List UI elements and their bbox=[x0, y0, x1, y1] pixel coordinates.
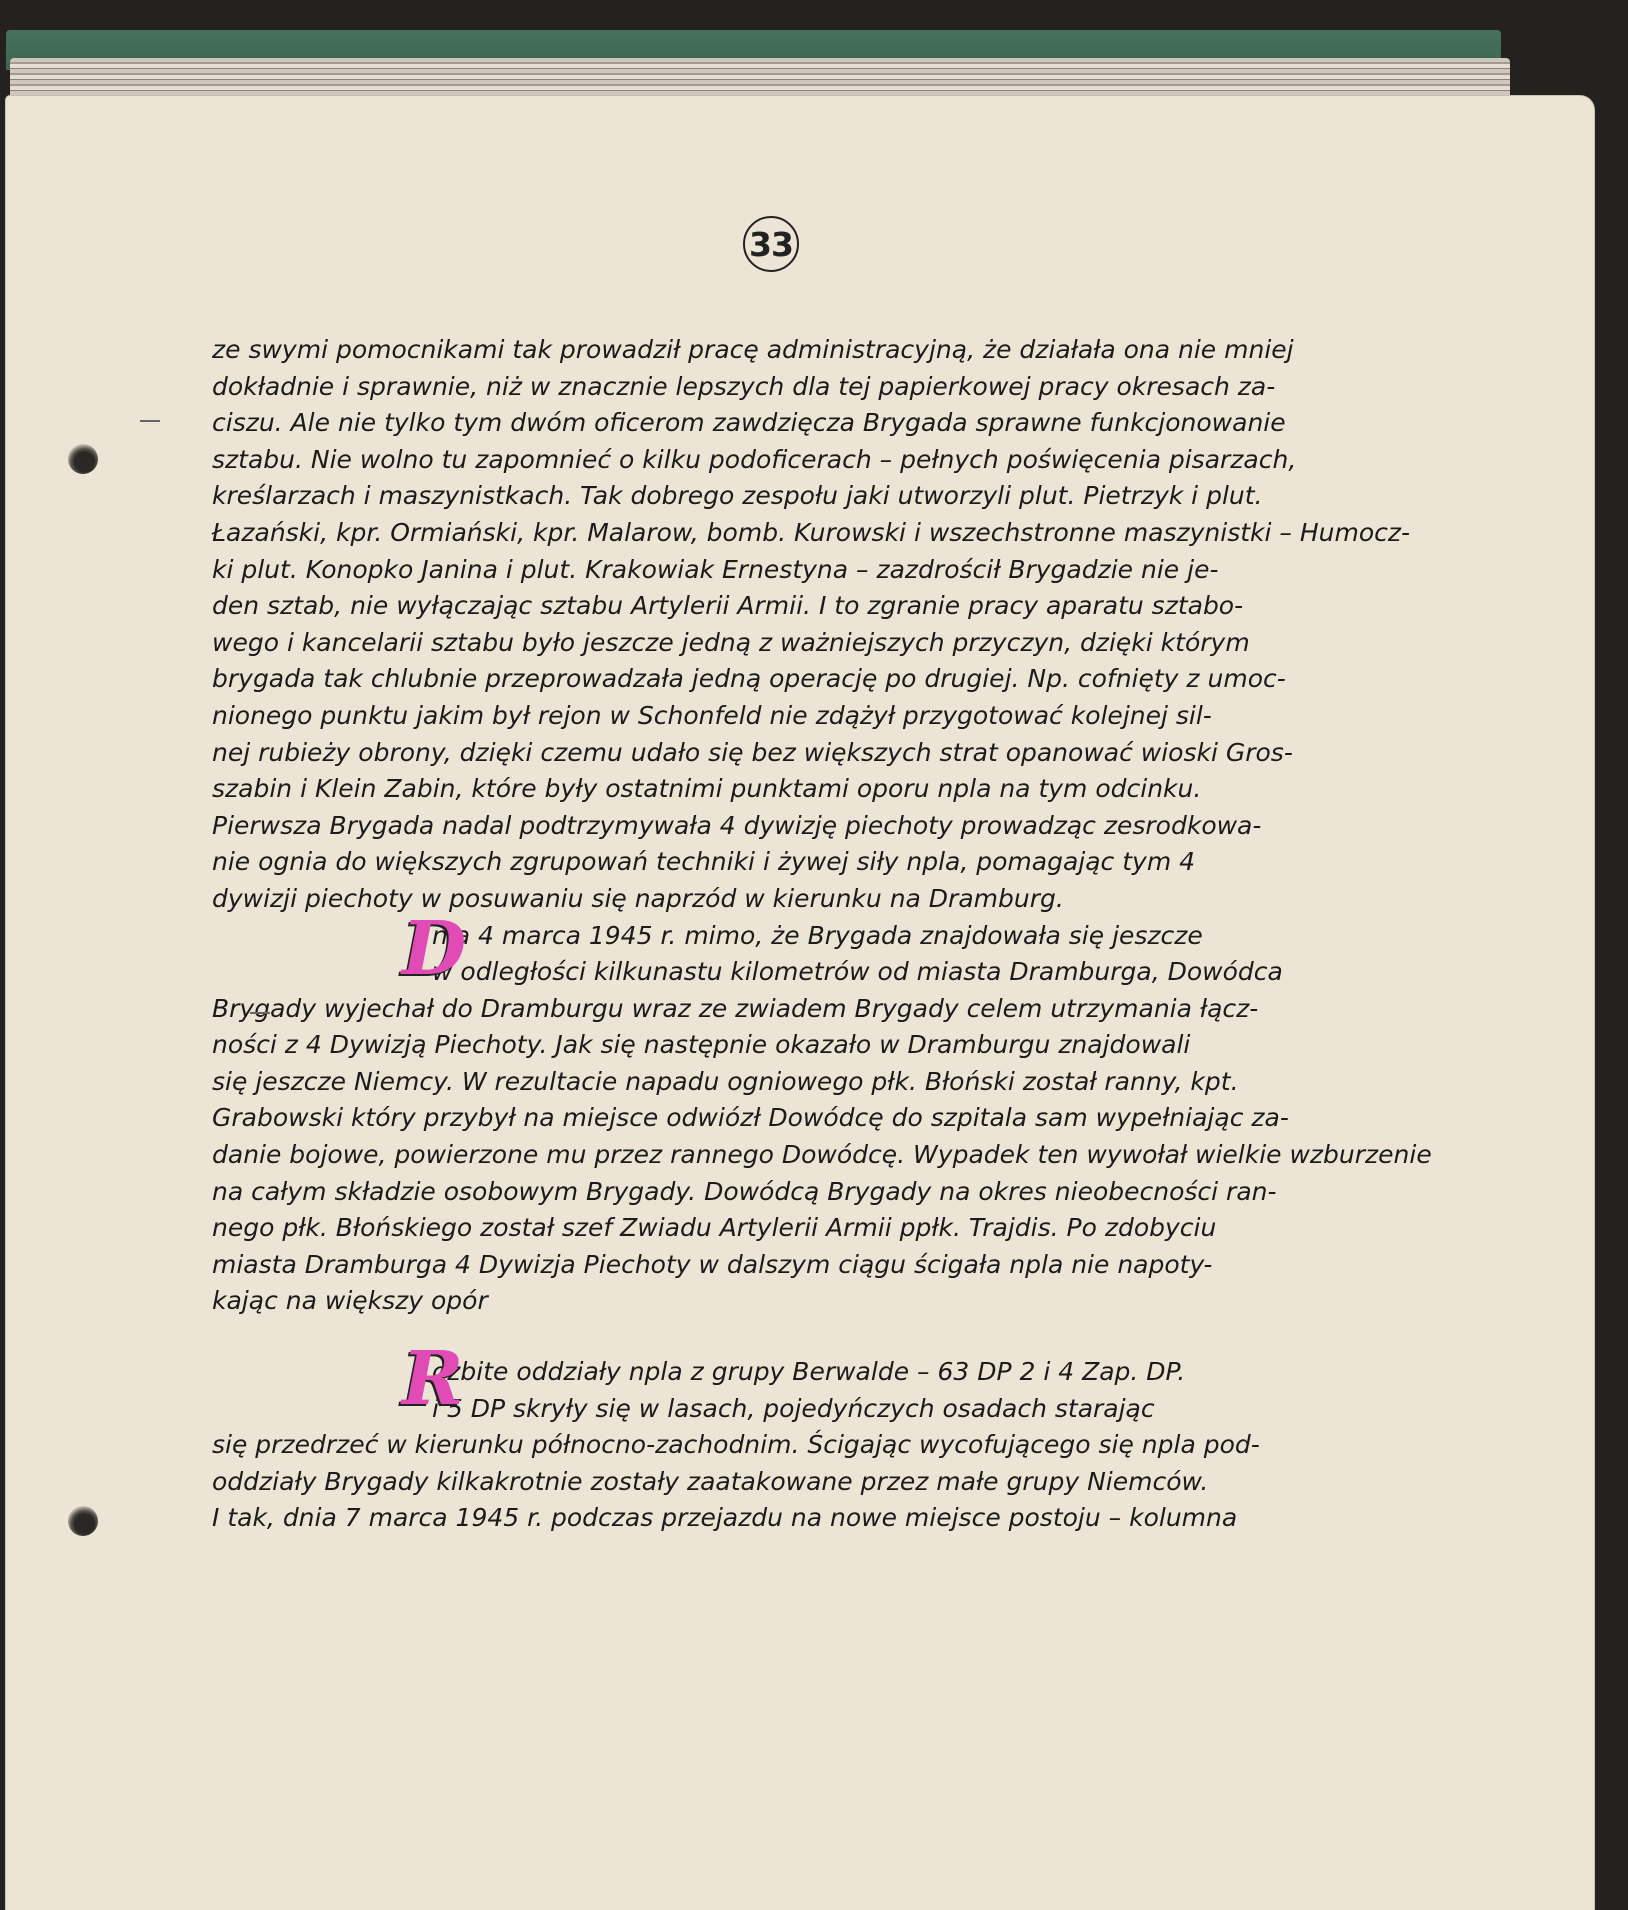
text-line: danie bojowe, powierzone mu przez ranneg… bbox=[212, 1137, 1427, 1174]
punch-hole-icon bbox=[68, 444, 98, 474]
paragraph-gap bbox=[212, 1320, 1427, 1354]
text-line: sztabu. Nie wolno tu zapomnieć o kilku p… bbox=[212, 442, 1427, 479]
text-line: i 5 DP skryły się w lasach, pojedyńczych… bbox=[212, 1391, 1427, 1428]
paragraph-2: D nia 4 marca 1945 r. mimo, że Brygada z… bbox=[212, 918, 1427, 1321]
text-line: nego płk. Błońskiego został szef Zwiadu … bbox=[212, 1210, 1427, 1247]
text-line: Pierwsza Brygada nadal podtrzymywała 4 d… bbox=[212, 808, 1427, 845]
text-line: nionego punktu jakim był rejon w Schonfe… bbox=[212, 698, 1427, 735]
text-line: wego i kancelarii sztabu było jeszcze je… bbox=[212, 625, 1427, 662]
text-line: kreślarzach i maszynistkach. Tak dobrego… bbox=[212, 478, 1427, 515]
text-line: Brygady wyjechał do Dramburgu wraz ze zw… bbox=[212, 991, 1427, 1028]
text-line: Grabowski który przybył na miejsce odwió… bbox=[212, 1100, 1427, 1137]
text-line: brygada tak chlubnie przeprowadzała jedn… bbox=[212, 661, 1427, 698]
text-line: kając na większy opór bbox=[212, 1283, 1427, 1320]
punch-hole-icon bbox=[68, 1506, 98, 1536]
text-line: nej rubieży obrony, dzięki czemu udało s… bbox=[212, 735, 1427, 772]
text-line: Łazański, kpr. Ormiański, kpr. Malarow, … bbox=[212, 515, 1427, 552]
text-line: się przedrzeć w kierunku północno-zachod… bbox=[212, 1427, 1427, 1464]
text-line: szabin i Klein Zabin, które były ostatni… bbox=[212, 771, 1427, 808]
text-line: się jeszcze Niemcy. W rezultacie napadu … bbox=[212, 1064, 1427, 1101]
text-line: ze swymi pomocnikami tak prowadził pracę… bbox=[212, 332, 1427, 369]
text-line: I tak, dnia 7 marca 1945 r. podczas prze… bbox=[212, 1500, 1427, 1537]
page-number: 33 bbox=[743, 216, 799, 272]
handwritten-text: ze swymi pomocnikami tak prowadził pracę… bbox=[212, 332, 1427, 1537]
text-line: dywizji piechoty w posuwaniu się naprzód… bbox=[212, 881, 1427, 918]
margin-mark bbox=[250, 1012, 270, 1014]
text-line: ozbite oddziały npla z grupy Berwalde – … bbox=[212, 1354, 1427, 1391]
text-line: nie ognia do większych zgrupowań technik… bbox=[212, 844, 1427, 881]
text-line: ciszu. Ale nie tylko tym dwóm oficerom z… bbox=[212, 405, 1427, 442]
text-line: den sztab, nie wyłączając sztabu Artyler… bbox=[212, 588, 1427, 625]
text-line: na całym składzie osobowym Brygady. Dowó… bbox=[212, 1174, 1427, 1211]
text-line: oddziały Brygady kilkakrotnie zostały za… bbox=[212, 1464, 1427, 1501]
text-line: dokładnie i sprawnie, niż w znacznie lep… bbox=[212, 369, 1427, 406]
text-line: ności z 4 Dywizją Piechoty. Jak się nast… bbox=[212, 1027, 1427, 1064]
text-line: w odległości kilkunastu kilometrów od mi… bbox=[212, 954, 1427, 991]
margin-mark bbox=[140, 420, 160, 422]
text-line: nia 4 marca 1945 r. mimo, że Brygada zna… bbox=[212, 918, 1427, 955]
drop-cap-letter: R bbox=[402, 1342, 464, 1416]
text-line: ki plut. Konopko Janina i plut. Krakowia… bbox=[212, 552, 1427, 589]
text-line: miasta Dramburga 4 Dywizja Piechoty w da… bbox=[212, 1247, 1427, 1284]
paragraph-3: R ozbite oddziały npla z grupy Berwalde … bbox=[212, 1354, 1427, 1537]
drop-cap-letter: D bbox=[402, 912, 466, 986]
paragraph-1: ze swymi pomocnikami tak prowadził pracę… bbox=[212, 332, 1427, 918]
